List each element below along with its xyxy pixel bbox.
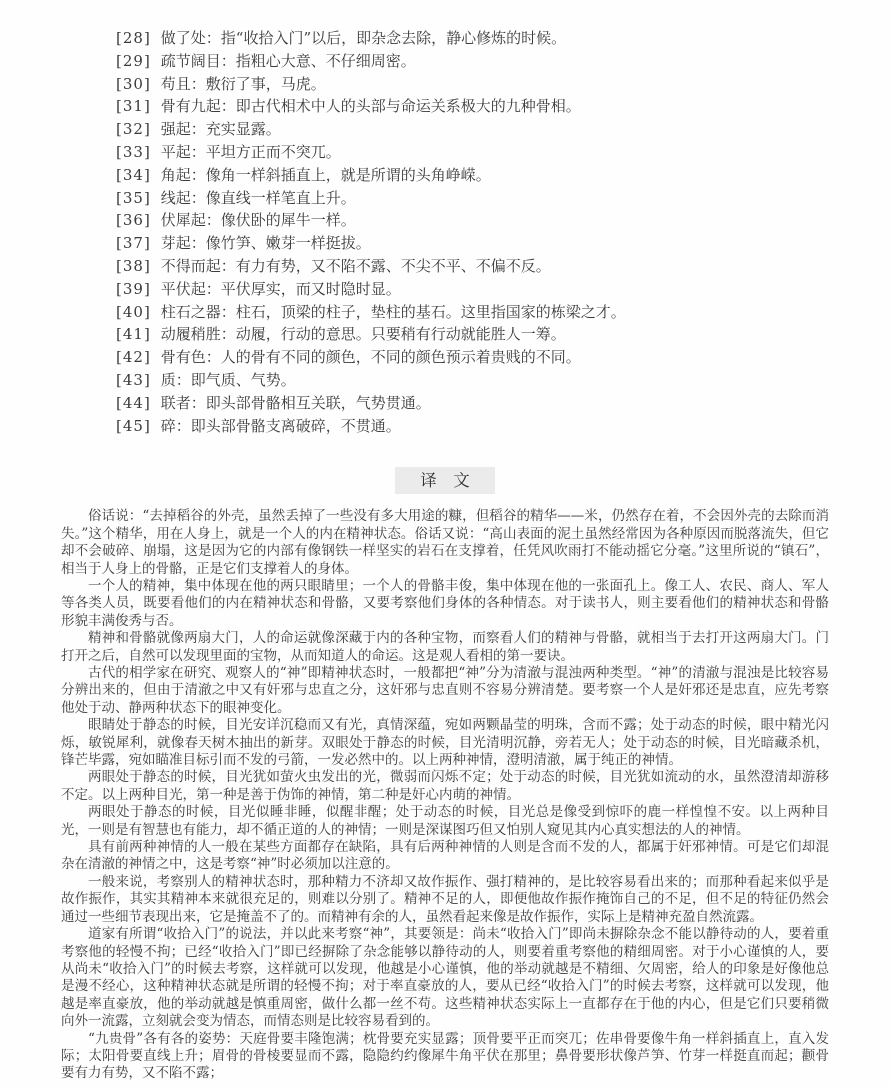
- annotation-number: [33]: [116, 141, 151, 164]
- annotation-number: [30]: [116, 73, 151, 96]
- annotation-number: [41]: [116, 323, 151, 346]
- translation-body: 俗话说：“去掉稻谷的外壳，虽然丢掉了一些没有多大用途的糠，但稻谷的精华——米，仍…: [61, 508, 829, 1082]
- annotation-item: [41]动履稍胜：动履，行动的意思。只要稍有行动就能胜人一筹。: [116, 323, 850, 346]
- annotation-text: 平伏起：平伏厚实，而又时隐时显。: [161, 280, 401, 298]
- translation-paragraph: 具有前两种神情的人一般在某些方面都存在缺陷，具有后两种神情的人则是含而不发的人，…: [61, 839, 829, 874]
- annotation-text: 做了处：指“收拾入门”以后，即杂念去除，静心修炼的时候。: [161, 29, 566, 47]
- annotation-item: [29]疏节阔目：指粗心大意、不仔细周密。: [116, 50, 850, 73]
- translation-paragraph: 两眼处于静态的时候，目光似睡非睡，似醒非醒；处于动态的时候，目光总是像受到惊吓的…: [61, 804, 829, 839]
- annotation-number: [42]: [116, 346, 151, 369]
- annotation-text: 质：即气质、气势。: [161, 371, 296, 389]
- annotation-text: 疏节阔目：指粗心大意、不仔细周密。: [161, 52, 416, 70]
- annotation-item: [42]骨有色：人的骨有不同的颜色，不同的颜色预示着贵贱的不同。: [116, 346, 850, 369]
- annotation-text: 联者：即头部骨骼相互关联，气势贯通。: [161, 394, 431, 412]
- annotation-number: [44]: [116, 392, 151, 415]
- translation-paragraph: 一个人的精神，集中体现在他的两只眼睛里；一个人的骨骼丰俊，集中体现在他的一张面孔…: [61, 578, 829, 630]
- annotation-number: [31]: [116, 95, 151, 118]
- annotation-text: 角起：像角一样斜插直上，就是所谓的头角峥嵘。: [161, 166, 491, 184]
- annotation-text: 碎：即头部骨骼支离破碎，不贯通。: [161, 417, 401, 435]
- annotation-text: 伏犀起：像伏卧的犀牛一样。: [161, 211, 356, 229]
- translation-paragraph: 古代的相学家在研究、观察人的“神”即精神状态时，一般都把“神”分为清澈与混浊两种…: [61, 665, 829, 717]
- annotation-item: [28]做了处：指“收拾入门”以后，即杂念去除，静心修炼的时候。: [116, 27, 850, 50]
- section-header-title: 译 文: [395, 467, 495, 494]
- annotation-number: [35]: [116, 187, 151, 210]
- annotation-item: [40]柱石之器：柱石，顶梁的柱子，垫柱的基石。这里指国家的栋梁之才。: [116, 301, 850, 324]
- annotation-text: 平起：平坦方正而不突兀。: [161, 143, 341, 161]
- annotation-text: 苟且：敷衍了事，马虎。: [161, 75, 326, 93]
- annotation-item: [38]不得而起：有力有势，又不陷不露、不尖不平、不偏不反。: [116, 255, 850, 278]
- annotation-item: [39]平伏起：平伏厚实，而又时隐时显。: [116, 278, 850, 301]
- annotation-number: [45]: [116, 415, 151, 438]
- annotation-text: 骨有九起：即古代相术中人的头部与命运关系极大的九种骨相。: [161, 97, 581, 115]
- annotation-number: [32]: [116, 118, 151, 141]
- annotation-number: [43]: [116, 369, 151, 392]
- annotation-number: [28]: [116, 27, 151, 50]
- translation-paragraph: 道家有所谓“收拾入门”的说法，并以此来考察“神”，其要领是：尚未“收拾入门”即尚…: [61, 926, 829, 1030]
- annotation-item: [34]角起：像角一样斜插直上，就是所谓的头角峥嵘。: [116, 164, 850, 187]
- annotation-number: [29]: [116, 50, 151, 73]
- annotation-number: [38]: [116, 255, 151, 278]
- annotation-number: [34]: [116, 164, 151, 187]
- translation-paragraph: 俗话说：“去掉稻谷的外壳，虽然丢掉了一些没有多大用途的糠，但稻谷的精华——米，仍…: [61, 508, 829, 578]
- annotation-item: [30]苟且：敷衍了事，马虎。: [116, 73, 850, 96]
- annotation-text: 柱石之器：柱石，顶梁的柱子，垫柱的基石。这里指国家的栋梁之才。: [161, 303, 626, 321]
- annotation-item: [44]联者：即头部骨骼相互关联，气势贯通。: [116, 392, 850, 415]
- annotation-item: [31]骨有九起：即古代相术中人的头部与命运关系极大的九种骨相。: [116, 95, 850, 118]
- annotation-number: [40]: [116, 301, 151, 324]
- translation-paragraph: 一般来说，考察别人的精神状态时，那种精力不济却又故作振作、强打精神的，是比较容易…: [61, 874, 829, 926]
- annotation-text: 芽起：像竹笋、嫩芽一样挺拔。: [161, 234, 371, 252]
- annotation-list: [28]做了处：指“收拾入门”以后，即杂念去除，静心修炼的时候。 [29]疏节阔…: [116, 27, 850, 437]
- annotation-text: 骨有色：人的骨有不同的颜色，不同的颜色预示着贵贱的不同。: [161, 348, 581, 366]
- annotation-item: [43]质：即气质、气势。: [116, 369, 850, 392]
- translation-paragraph: 精神和骨骼就像两扇大门，人的命运就像深藏于内的各种宝物，而察看人们的精神与骨骼，…: [61, 630, 829, 665]
- annotation-text: 不得而起：有力有势，又不陷不露、不尖不平、不偏不反。: [161, 257, 551, 275]
- annotation-item: [45]碎：即头部骨骼支离破碎，不贯通。: [116, 415, 850, 438]
- annotation-item: [32]强起：充实显露。: [116, 118, 850, 141]
- annotation-text: 动履稍胜：动履，行动的意思。只要稍有行动就能胜人一筹。: [161, 325, 566, 343]
- annotation-text: 线起：像直线一样笔直上升。: [161, 189, 356, 207]
- section-header: 译 文: [0, 467, 890, 494]
- annotation-item: [35]线起：像直线一样笔直上升。: [116, 187, 850, 210]
- annotation-item: [33]平起：平坦方正而不突兀。: [116, 141, 850, 164]
- translation-paragraph: 两眼处于静态的时候，目光犹如萤火虫发出的光，微弱而闪烁不定；处于动态的时候，目光…: [61, 769, 829, 804]
- translation-paragraph: 眼睛处于静态的时候，目光安详沉稳而又有光，真情深蕴，宛如两颗晶莹的明珠，含而不露…: [61, 717, 829, 769]
- annotation-number: [37]: [116, 232, 151, 255]
- translation-paragraph: “九贵骨”各有各的姿势：天庭骨要丰隆饱满；枕骨要充实显露；顶骨要平正而突兀；佐串…: [61, 1031, 829, 1083]
- annotation-number: [39]: [116, 278, 151, 301]
- annotation-text: 强起：充实显露。: [161, 120, 281, 138]
- annotation-number: [36]: [116, 209, 151, 232]
- annotation-item: [36]伏犀起：像伏卧的犀牛一样。: [116, 209, 850, 232]
- book-page: [28]做了处：指“收拾入门”以后，即杂念去除，静心修炼的时候。 [29]疏节阔…: [0, 0, 890, 1087]
- annotation-item: [37]芽起：像竹笋、嫩芽一样挺拔。: [116, 232, 850, 255]
